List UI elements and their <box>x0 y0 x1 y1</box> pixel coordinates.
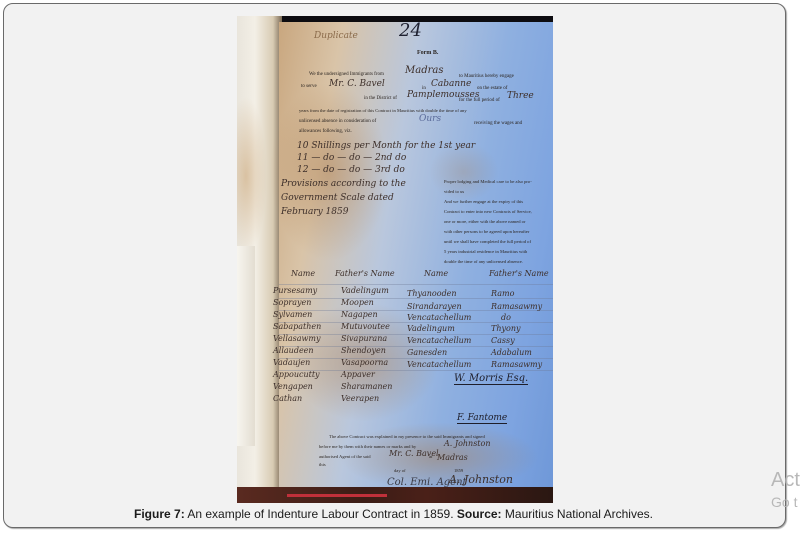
signature: A. Johnston <box>444 440 490 448</box>
contract-text: vided to us <box>444 190 464 195</box>
contract-text: allowances following, viz. <box>299 129 352 134</box>
immigrant-name: Appoucutty <box>273 371 320 379</box>
contract-text: years from the date of registration of t… <box>299 109 467 114</box>
immigrant-name: Allaudeen <box>273 347 314 355</box>
father-name: Ramasawmy <box>491 361 542 369</box>
wage-line: 12 — do — do — 3rd do <box>297 166 405 175</box>
caption-label: Figure 7: <box>134 507 185 521</box>
father-name: Thyony <box>491 325 521 333</box>
field-period: Three <box>507 92 534 101</box>
ruled-line <box>279 358 553 359</box>
immigrant-name: Vencatachellum <box>407 361 471 369</box>
form-title: Form B. <box>417 50 438 56</box>
activation-watermark-subtitle: Go t <box>771 494 797 510</box>
caption-source-text: Mauritius National Archives. <box>502 507 653 521</box>
caption-source-label: Source: <box>457 507 502 521</box>
field-employer: Mr. C. Bavel <box>329 80 385 89</box>
contract-text: in the District of <box>364 96 397 101</box>
figure-photo: Duplicate 24 Form B. We the undersigned … <box>237 16 553 503</box>
contract-text: double the time of any unlicensed absenc… <box>444 260 523 265</box>
father-name: Appaver <box>341 371 375 379</box>
column-header: Name <box>291 270 315 278</box>
contract-text: on the estate of <box>477 86 507 91</box>
contract-text: until we shall have completed the full p… <box>444 240 531 245</box>
father-name: Ramasawmy <box>491 303 542 311</box>
activation-watermark-title: Act <box>771 469 800 492</box>
father-name: Shendoyen <box>341 347 386 355</box>
contract-page: Duplicate 24 Form B. We the undersigned … <box>279 22 553 487</box>
binding-ribbon <box>287 494 387 497</box>
ruled-line <box>279 298 553 299</box>
ruled-line <box>279 284 553 285</box>
signature: F. Fantome <box>457 414 507 424</box>
immigrant-name: Vadaujen <box>273 359 310 367</box>
immigrant-name: Ganesden <box>407 349 447 357</box>
margin-note: Duplicate <box>314 32 358 41</box>
father-name: Veerapen <box>341 395 379 403</box>
rations-note: Government Scale dated <box>281 194 394 203</box>
contract-text: this <box>319 463 326 468</box>
contract-text: 5 years industrial residence in Mauritiu… <box>444 250 527 255</box>
column-header: Name <box>424 270 448 278</box>
immigrant-name: Sylvamen <box>273 311 312 319</box>
ruled-line <box>279 346 553 347</box>
column-header: Father's Name <box>335 270 395 278</box>
contract-text: authorised Agent of the said <box>319 455 371 460</box>
father-name: Vadelingum <box>341 287 389 295</box>
rations-note: February 1859 <box>281 208 348 217</box>
rations-note: Provisions according to the <box>281 180 406 189</box>
page-number: 24 <box>399 22 422 40</box>
father-name: Moopen <box>341 299 374 307</box>
father-name: Sivapurana <box>341 335 387 343</box>
left-page-fold <box>237 246 255 446</box>
contract-text: one or more, either with the above named… <box>444 220 526 225</box>
father-name: Cassy <box>491 337 515 345</box>
immigrant-name: Cathan <box>273 395 302 403</box>
field-origin: Madras <box>405 66 443 76</box>
immigrant-name: Thyanooden <box>407 290 457 298</box>
signature: W. Morris Esq. <box>454 374 528 385</box>
contract-text: unlicensed absence in consideration of <box>299 119 376 124</box>
figure-caption: Figure 7: An example of Indenture Labour… <box>0 507 787 521</box>
father-name: Nagapen <box>341 311 378 319</box>
contract-text: Proper lodging and Medical care to be al… <box>444 180 532 185</box>
immigrant-name: Soprayen <box>273 299 311 307</box>
contract-text: Contract to enter into new Contracts of … <box>444 210 532 215</box>
left-page-stain <box>237 96 267 256</box>
wage-line: 10 Shillings per Month for the 1st year <box>297 142 475 151</box>
contract-text: with other persons to be agreed upon her… <box>444 230 529 235</box>
contract-text: for the full period of <box>459 98 500 103</box>
father-name: Mutuvoutee <box>341 323 390 331</box>
immigrant-name: Vellasawmy <box>273 335 321 343</box>
immigrant-name: Pursesamy <box>273 287 317 295</box>
immigrant-name: Sirandarayen <box>407 303 462 311</box>
field-location: Cabanne <box>431 80 471 89</box>
immigrant-name: Sabapathen <box>273 323 321 331</box>
father-name: do <box>501 314 511 322</box>
column-header: Father's Name <box>489 270 549 278</box>
immigrant-name: Vencatachellum <box>407 314 471 322</box>
contract-text: to serve <box>301 84 317 89</box>
father-name: Adabalum <box>491 349 532 357</box>
photo-dark-bottom <box>237 487 553 503</box>
contract-text: We the undersigned Immigrants from <box>309 72 384 77</box>
immigrant-name: Vengapen <box>273 383 313 391</box>
field-consideration: Ours <box>419 115 441 124</box>
contract-text: And we further engage at the expiry of t… <box>444 200 523 205</box>
father-name: Ramo <box>491 290 514 298</box>
immigrant-name: Vencatachellum <box>407 337 471 345</box>
wage-line: 11 — do — do — 2nd do <box>297 154 406 163</box>
contract-text: at <box>429 455 432 460</box>
contract-text: day of <box>394 469 406 474</box>
father-name: Vasapoorna <box>341 359 388 367</box>
ruled-line <box>279 370 553 371</box>
immigrant-name: Vadelingum <box>407 325 455 333</box>
contract-text: receiving the wages and <box>474 121 522 126</box>
caption-text: An example of Indenture Labour Contract … <box>185 507 457 521</box>
father-name: Sharamanen <box>341 383 392 391</box>
field-place: Madras <box>437 454 468 462</box>
